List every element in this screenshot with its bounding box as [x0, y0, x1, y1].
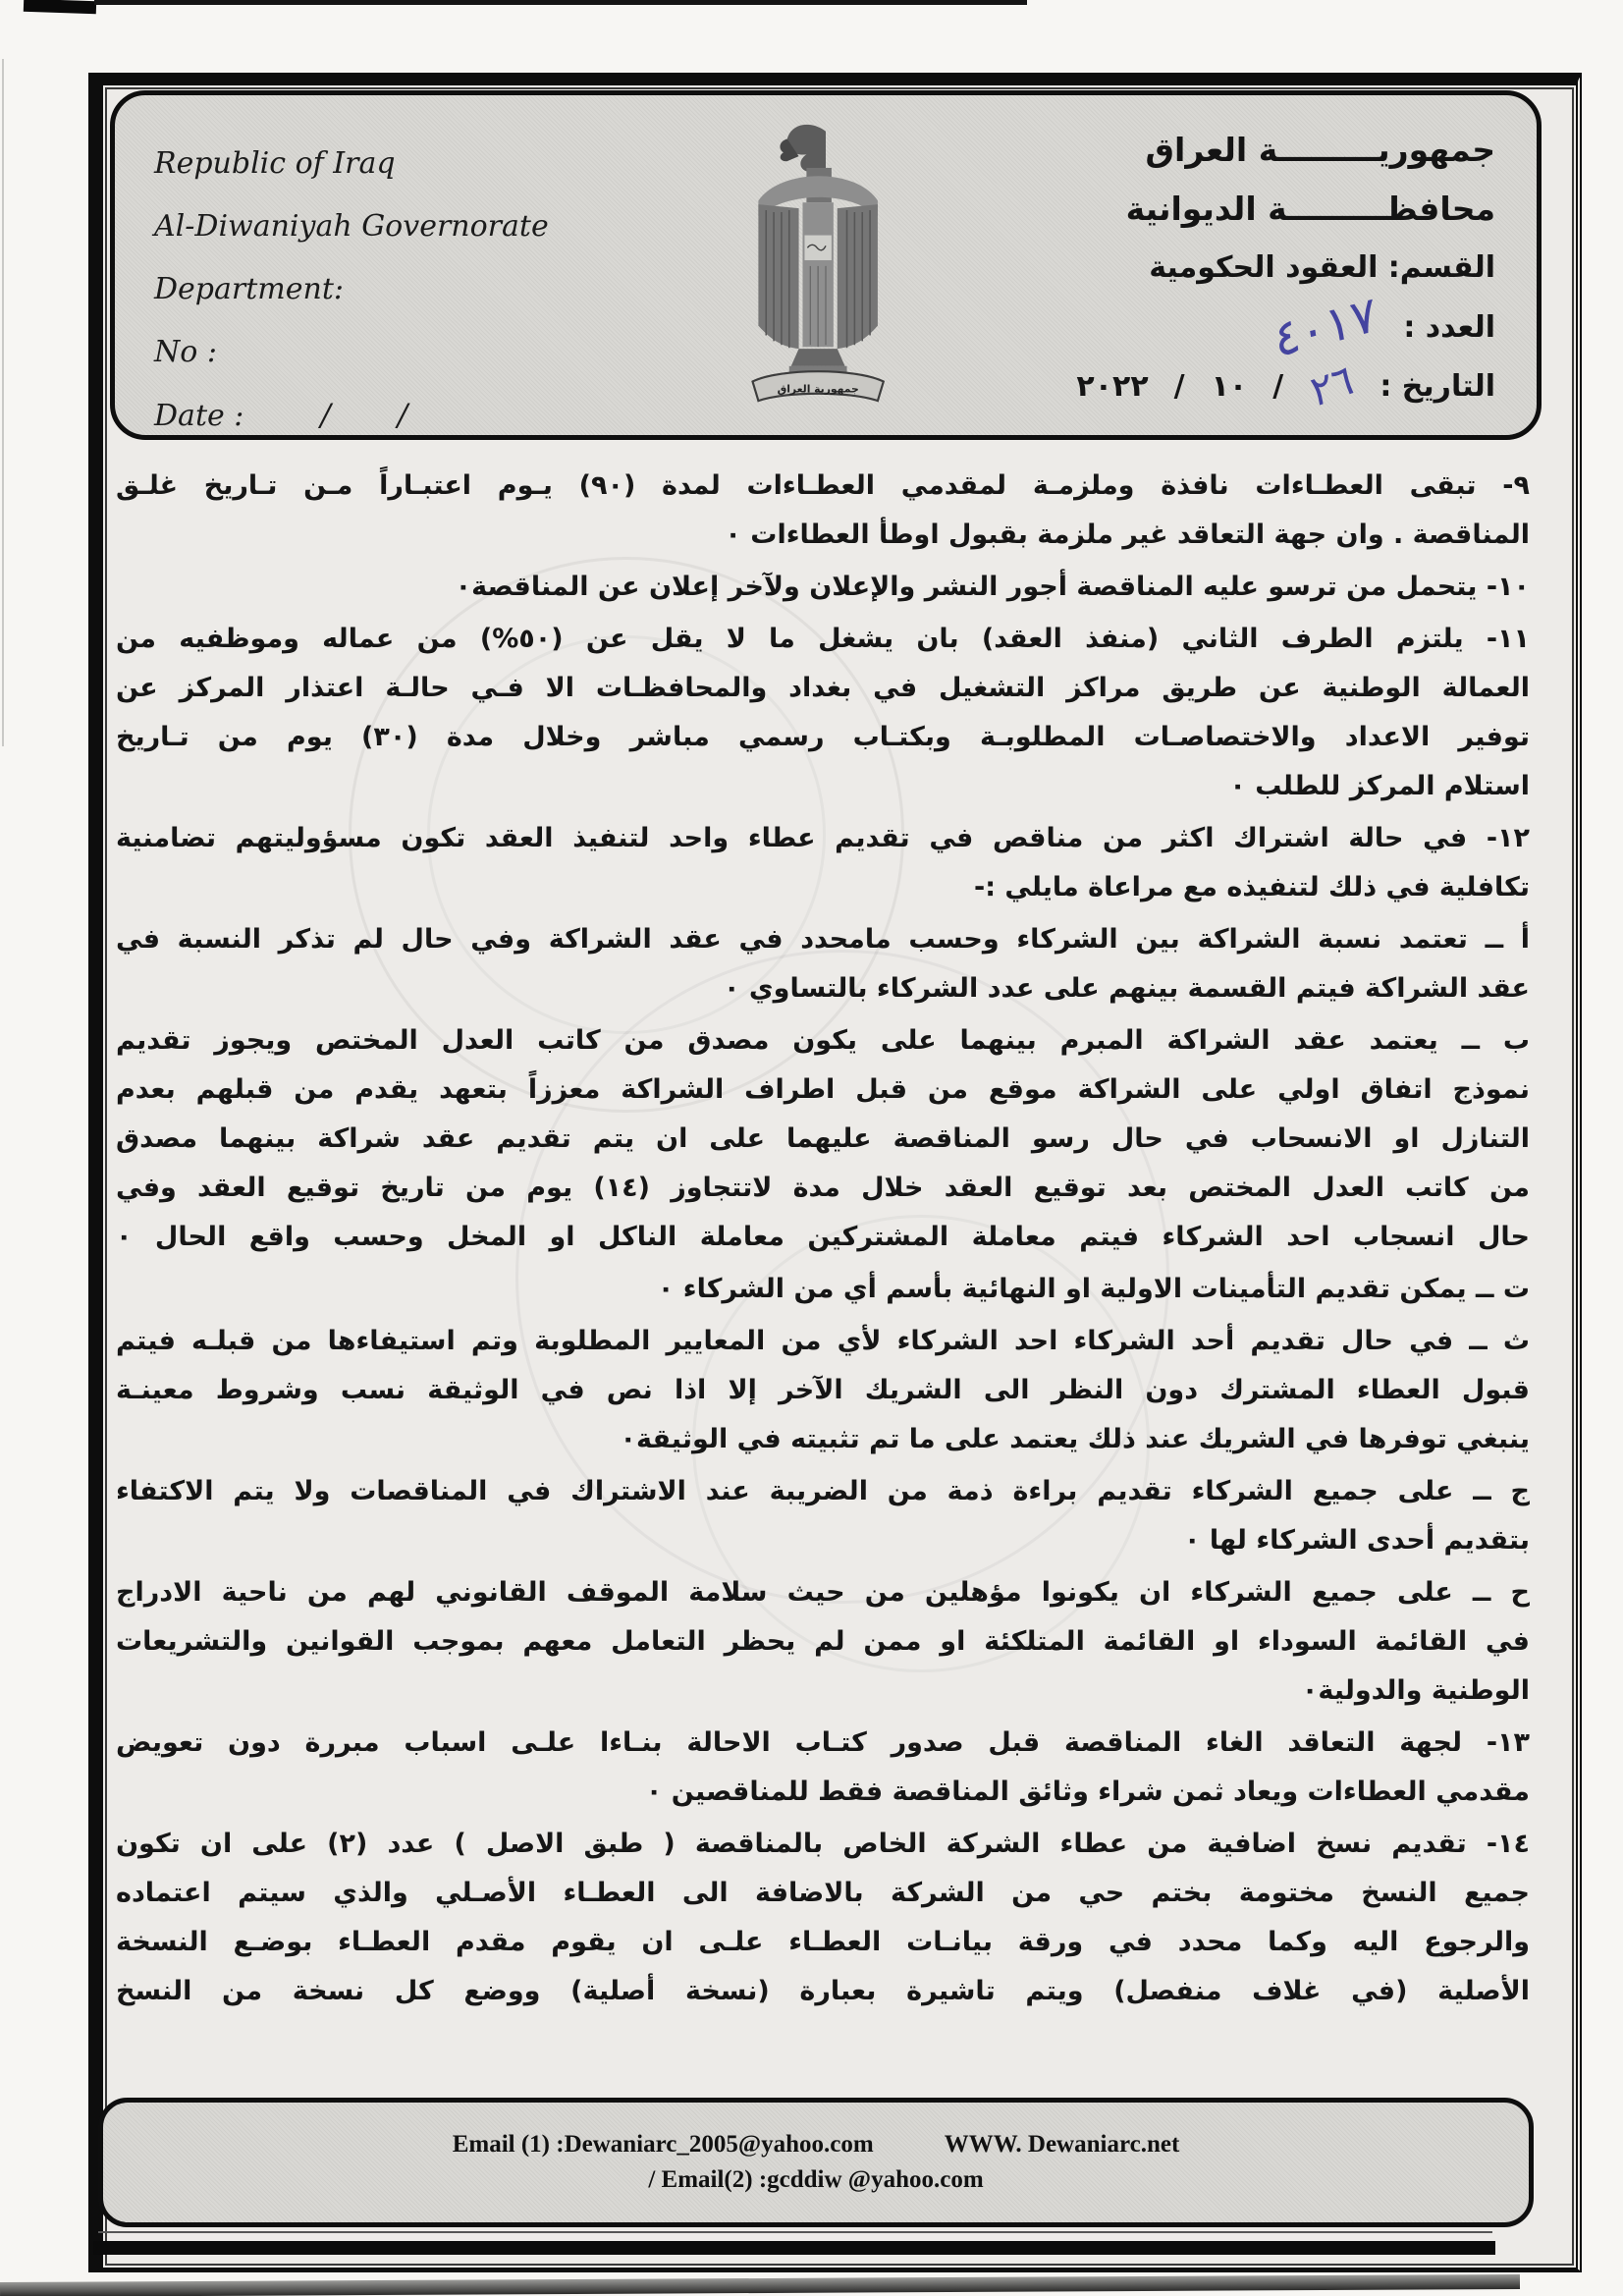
date-month: ١٠	[1212, 369, 1248, 404]
body-line: توفير الاعداد والاختصاصـات المطلوبـة وبك…	[116, 713, 1530, 762]
header-department-ar: القسم: العقود الحكومية	[985, 239, 1495, 298]
body-line: ح ــ على جميع الشركاء ان يكونوا مؤهلين م…	[116, 1568, 1530, 1617]
body-line: الأصلية (في غلاف منفصل) ويتم تاشيرة بعبا…	[116, 1967, 1530, 2016]
body-line: التنازل او الانسحاب في حال رسو المناقصة …	[116, 1115, 1530, 1164]
header-arabic-block: جمهوريـــــــــة العراق محافظـــــــــة …	[985, 121, 1495, 415]
paragraph: ث ــ في حال تقديم أحد الشركاء احد الشركا…	[116, 1317, 1530, 1464]
body-line: مقدمي العطاءات ويعاد ثمن شراء وثائق المن…	[116, 1768, 1530, 1817]
body-line: ب ــ يعتمد عقد الشراكة المبرم بينهما على…	[116, 1016, 1530, 1066]
body-line: جميع النسخ مختومة بختم حي من الشركة بالا…	[116, 1869, 1530, 1918]
body-line: ٩- تبقى العطـاءات نافذة وملزمـة لمقدمي ا…	[116, 462, 1530, 511]
body-line: ١١- يلتزم الطرف الثاني (منفذ العقد) بان …	[116, 615, 1530, 664]
emblem-banner-text: جمهورية العراق	[778, 382, 859, 395]
paragraph: ١٣- لجهة التعاقد الغاء المناقصة قبل صدور…	[116, 1719, 1530, 1817]
body-line: الوطنية والدولية٠	[116, 1667, 1530, 1716]
eagle-wing-left	[758, 204, 798, 349]
body-line: المناقصة . وان جهة التعاقد غير ملزمة بقب…	[116, 511, 1530, 560]
body-line: في القائمة السوداء او القائمة المتلكئة ا…	[116, 1617, 1530, 1667]
body-line: ١٠- يتحمل من ترسو عليه المناقصة أجور الن…	[116, 563, 1530, 612]
header-department-label: Department:	[154, 272, 576, 335]
handwritten-date-day: ٢٦	[1309, 363, 1356, 408]
paragraph: أ ــ تعتمد نسبة الشراكة بين الشركاء وحسب…	[116, 915, 1530, 1013]
body-line: ت ــ يمكن تقديم التأمينات الاولية او الن…	[116, 1265, 1530, 1314]
body-line: ينبغي توفرها في الشريك عند ذلك يعتمد على…	[116, 1415, 1530, 1464]
body-line: ١٣- لجهة التعاقد الغاء المناقصة قبل صدور…	[116, 1719, 1530, 1768]
body-line: استلام المركز للطلب ٠	[116, 762, 1530, 811]
iraq-eagle-emblem: جمهورية العراق	[722, 109, 914, 413]
footer-box: Email (1) :Dewaniarc_2005@yahoo.com WWW.…	[98, 2098, 1534, 2227]
paragraph: ١١- يلتزم الطرف الثاني (منفذ العقد) بان …	[116, 615, 1530, 811]
header-date-line: Date :/ /	[154, 398, 576, 461]
header-country-ar: جمهوريـــــــــة العراق	[985, 121, 1495, 180]
document-date-row: التاريخ : ٢٦ / ١٠ / ٢٠٢٢	[985, 356, 1495, 415]
header-republic-of-iraq: Republic of Iraq	[154, 146, 576, 209]
eagle-wing-right	[838, 204, 878, 349]
paragraph: ت ــ يمكن تقديم التأمينات الاولية او الن…	[116, 1265, 1530, 1314]
paragraph: ١٢- في حالة اشتراك اكثر من مناقص في تقدي…	[116, 814, 1530, 912]
body-line: ج ــ على جميع الشركاء تقديم براءة ذمة من…	[116, 1467, 1530, 1516]
scan-artifact	[24, 0, 96, 14]
footer-website: WWW. Dewaniarc.net	[945, 2131, 1180, 2159]
header-no-label: No :	[154, 335, 576, 398]
header-box: Republic of Iraq Al-Diwaniyah Governorat…	[110, 90, 1542, 440]
date-separator: /	[1174, 369, 1186, 404]
body-line: بتقديم أحدى الشركاء لها ٠	[116, 1516, 1530, 1565]
body-line: العمالة الوطنية عن طريق مراكز التشغيل في…	[116, 664, 1530, 713]
date-label-ar: التاريخ :	[1380, 369, 1495, 404]
header-governorate-en: Al-Diwaniyah Governorate	[154, 209, 576, 272]
header-english-block: Republic of Iraq Al-Diwaniyah Governorat…	[154, 146, 576, 461]
paragraph: ١٤- تقديم نسخ اضافية من عطاء الشركة الخا…	[116, 1820, 1530, 2016]
body-line: حال انسجاب احد الشركاء فيتم معاملة المشت…	[116, 1213, 1530, 1262]
header-date-label-en: Date :	[154, 399, 243, 433]
document-number-row: العدد : ٤٠١٧	[985, 298, 1495, 356]
body-line: ث ــ في حال تقديم أحد الشركاء احد الشركا…	[116, 1317, 1530, 1366]
scan-artifact	[2, 59, 4, 746]
number-label: العدد :	[1403, 310, 1495, 345]
handwritten-document-number: ٤٠١٧	[1271, 299, 1378, 355]
body-line: ١٢- في حالة اشتراك اكثر من مناقص في تقدي…	[116, 814, 1530, 863]
chest-flag	[804, 236, 831, 260]
paragraph: ٩- تبقى العطـاءات نافذة وملزمـة لمقدمي ا…	[116, 462, 1530, 560]
document-body: ٩- تبقى العطـاءات نافذة وملزمـة لمقدمي ا…	[116, 462, 1530, 2019]
body-line: ١٤- تقديم نسخ اضافية من عطاء الشركة الخا…	[116, 1820, 1530, 1869]
body-line: أ ــ تعتمد نسبة الشراكة بين الشركاء وحسب…	[116, 915, 1530, 964]
scanned-document: { "header": { "english": { "republic": "…	[0, 0, 1623, 2296]
date-year: ٢٠٢٢	[1076, 369, 1148, 404]
paragraph: ب ــ يعتمد عقد الشراكة المبرم بينهما على…	[116, 1016, 1530, 1262]
body-line: عقد الشراكة فيتم القسمة بينهم على عدد ال…	[116, 964, 1530, 1013]
bottom-rule-thin	[98, 2231, 1492, 2233]
body-line: تكافلية في ذلك لتنفيذه مع مراعاة مايلي :…	[116, 863, 1530, 912]
eagle-tail	[791, 349, 845, 366]
bottom-rule-thick	[93, 2241, 1495, 2255]
body-line: نموذج اتفاق اولي على الشراكة موقع من قبل…	[116, 1066, 1530, 1115]
footer-line-1: Email (1) :Dewaniarc_2005@yahoo.com WWW.…	[453, 2131, 1180, 2159]
body-line: قبول العطاء المشترك دون النظر الى الشريك…	[116, 1366, 1530, 1415]
date-separator: /	[1272, 369, 1284, 404]
scan-artifact	[94, 0, 1027, 5]
paragraph: ج ــ على جميع الشركاء تقديم براءة ذمة من…	[116, 1467, 1530, 1565]
footer-email-1: Email (1) :Dewaniarc_2005@yahoo.com	[453, 2131, 874, 2159]
footer-email-2: / Email(2) :gcddiw @yahoo.com	[648, 2166, 983, 2194]
scan-edge-shadow	[0, 2274, 1520, 2296]
date-slashes: / /	[320, 398, 407, 433]
header-governorate-ar: محافظـــــــــة الديوانية	[985, 180, 1495, 239]
body-line: من كاتب العدل المختص بعد توقيع العقد خلا…	[116, 1164, 1530, 1213]
paragraph: ح ــ على جميع الشركاء ان يكونوا مؤهلين م…	[116, 1568, 1530, 1716]
paragraph: ١٠- يتحمل من ترسو عليه المناقصة أجور الن…	[116, 563, 1530, 612]
body-line: والرجوع اليه وكما محدد في ورقة بيانـات ا…	[116, 1918, 1530, 1967]
